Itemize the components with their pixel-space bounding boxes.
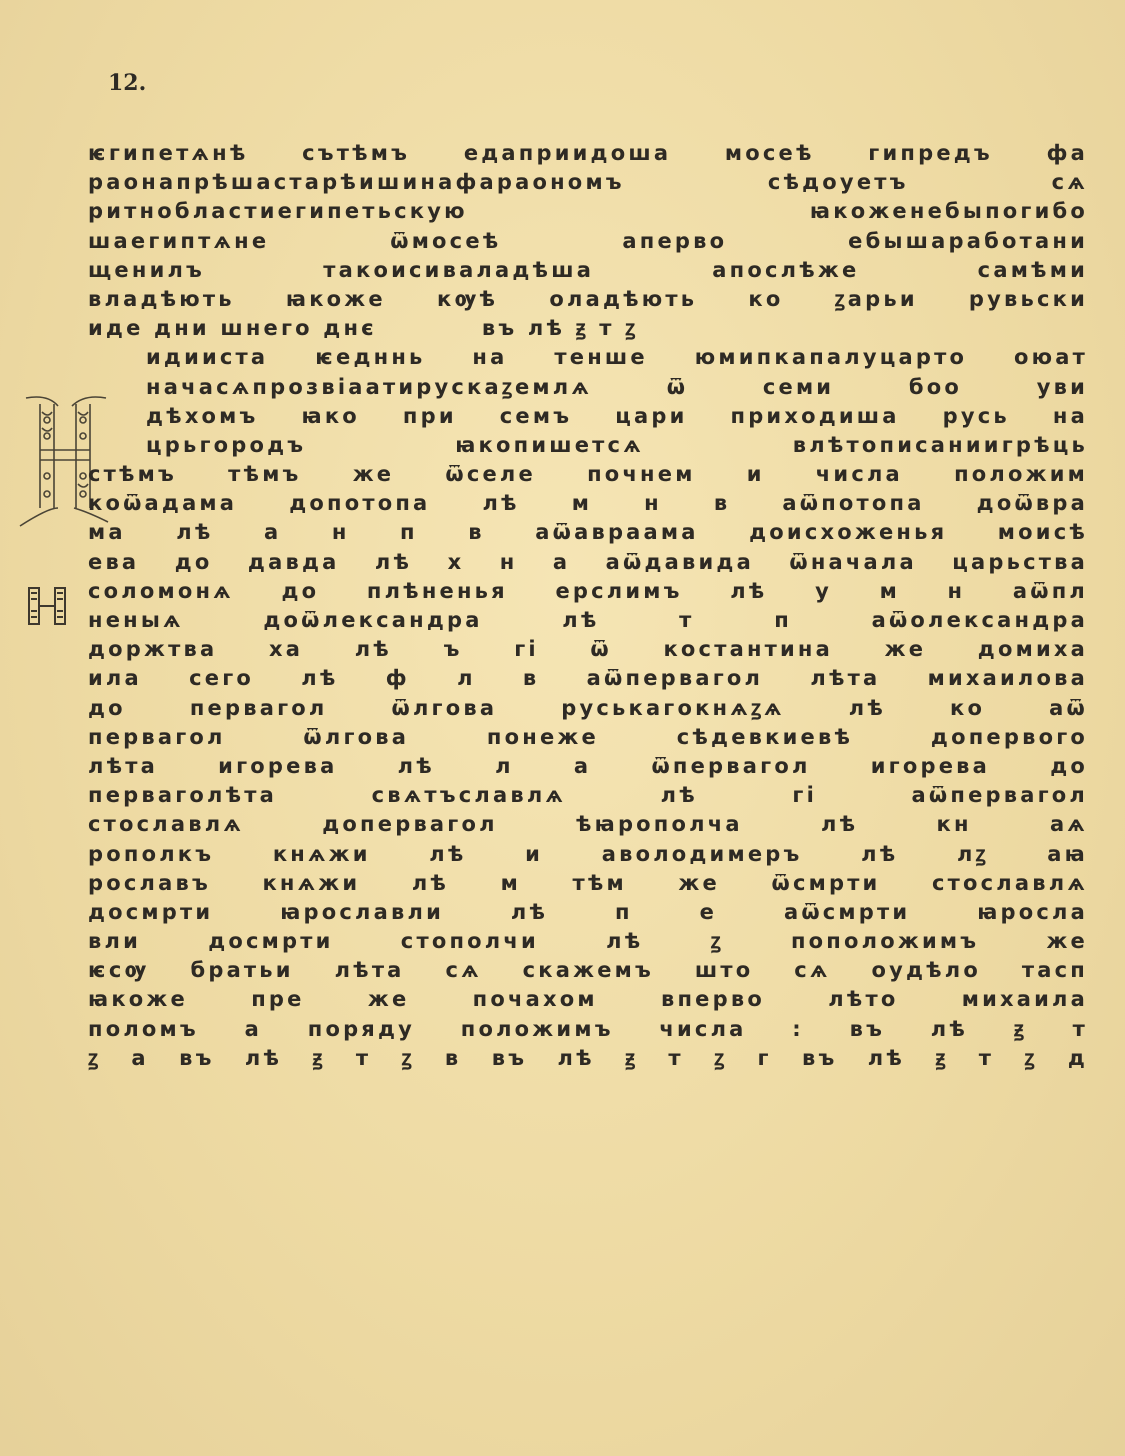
manuscript-line: стославлѧ допервагол ѣꙗрополча лѣ кн аѧ <box>88 810 1088 839</box>
manuscript-line: ѥсѹ братьи лѣта сѧ скажемъ што сѧ оудѣло… <box>88 956 1088 985</box>
manuscript-line: вли досмрти стополчи лѣ ꙁ поположимъ же <box>88 927 1088 956</box>
manuscript-line: неныѧ доѿлександра лѣ т п аѿолександра <box>88 606 1088 635</box>
manuscript-line: доржтва ха лѣ ъ гі ѿ костантина же домих… <box>88 635 1088 664</box>
manuscript-line: начасѧпрозвіаатирускаꙁемлѧ ѿ семи боо ув… <box>88 373 1088 402</box>
manuscript-line: дѣхомъ ꙗко при семъ цари приходиша русь … <box>88 402 1088 431</box>
manuscript-line: ритнобластиегипетьскую ꙗкоженебыпогибо <box>88 197 1088 226</box>
manuscript-line: раонапрѣшастарѣишинафараономъ сѣдоуетъ с… <box>88 168 1088 197</box>
manuscript-line: первагол ѿлгова понеже сѣдевкиевѣ доперв… <box>88 723 1088 752</box>
manuscript-line: ила сего лѣ ф л в аѿпервагол лѣта михаил… <box>88 664 1088 693</box>
page-number: 12. <box>108 70 146 96</box>
manuscript-line: рополкъ кнѧжи лѣ и аволодимеръ лѣ лꙁ аꙗ <box>88 840 1088 869</box>
manuscript-line: ма лѣ а н п в аѿавраама доисхоженья моис… <box>88 518 1088 547</box>
manuscript-line: идииста ѥедннь на тенше юмипкапалуцарто … <box>88 343 1088 372</box>
manuscript-line: ева до давда лѣ х н а аѿдавида ѿначала ц… <box>88 548 1088 577</box>
manuscript-line: досмрти ꙗрославли лѣ п е аѿсмрти ꙗросла <box>88 898 1088 927</box>
manuscript-line: щенилъ такоисиваладѣша апослѣже самѣми <box>88 256 1088 285</box>
manuscript-line: владѣють ꙗкоже кѹѣ оладѣють ко ꙁарьи рув… <box>88 285 1088 314</box>
manuscript-line: лѣта игорева лѣ л а ѿпервагол игорева до <box>88 752 1088 781</box>
manuscript-line: до первагол ѿлгова руськагокнѧꙁѧ лѣ ко а… <box>88 694 1088 723</box>
manuscript-text: ѥгипетѧнѣ сътѣмъ едаприидоша мосеѣ гипре… <box>88 139 1088 1073</box>
manuscript-line: коѿадама допотопа лѣ м н в аѿпотопа доѿв… <box>88 489 1088 518</box>
manuscript-line: ѥгипетѧнѣ сътѣмъ едаприидоша мосеѣ гипре… <box>88 139 1088 168</box>
manuscript-line: перваголѣта свѧтъславлѧ лѣ гі аѿпервагол <box>88 781 1088 810</box>
manuscript-line: иде дни шнего днє въ лѣ ꙃ т ꙁ <box>88 314 1088 343</box>
manuscript-line: поломъ а поряду положимъ числа : въ лѣ ꙃ… <box>88 1015 1088 1044</box>
manuscript-line: соломонѧ до плѣненья ерслимъ лѣ у м н аѿ… <box>88 577 1088 606</box>
manuscript-line: шаегиптѧне ѿмосеѣ аперво ебышаработани <box>88 227 1088 256</box>
small-initial-icon <box>26 585 68 627</box>
manuscript-line: црьгородъ ꙗкопишетсѧ влѣтописаниигрѣць <box>88 431 1088 460</box>
manuscript-line: ꙗкоже пре же почахом вперво лѣто михаила <box>88 985 1088 1014</box>
manuscript-line: стѣмъ тѣмъ же ѿселе почнем и числа полож… <box>88 460 1088 489</box>
manuscript-line: рославъ кнѧжи лѣ м тѣм же ѿсмрти стослав… <box>88 869 1088 898</box>
manuscript-dateline: ꙁ а въ лѣ ꙃ т ꙁ в въ лѣ ꙃ т ꙁ г въ лѣ ꙃ … <box>88 1044 1088 1073</box>
